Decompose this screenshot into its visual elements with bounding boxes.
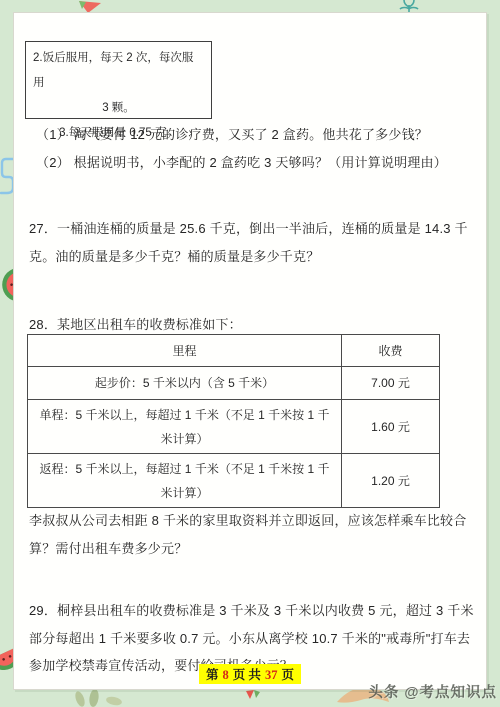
- fare-table-header-fee: 收费: [342, 335, 440, 367]
- table-row: 返程：5 千米以上，每超过 1 千米（不足 1 千米按 1 千米计算） 1.20…: [28, 454, 440, 508]
- taxi-fare-table: 里程 收费 起步价：5 千米以内（含 5 千米） 7.00 元 单程：5 千米以…: [27, 334, 440, 508]
- page-number-badge: 第8页 共37页: [199, 664, 301, 684]
- medicine-line-1: 2.饭后服用，每天 2 次，每次服用: [33, 46, 204, 96]
- footer-suffix: 页: [281, 668, 294, 682]
- table-row: 起步价：5 千米以内（含 5 千米） 7.00 元: [28, 367, 440, 400]
- footer-page-number: 8: [223, 668, 229, 682]
- medicine-instructions-box: 2.饭后服用，每天 2 次，每次服用 3 颗。 3.每天服用量 0.75 克。: [25, 41, 212, 119]
- medicine-line-2: 3 颗。: [33, 96, 204, 121]
- fare-row2-mileage: 单程：5 千米以上，每超过 1 千米（不足 1 千米按 1 千米计算）: [28, 400, 342, 454]
- footer-prefix: 第: [206, 668, 219, 682]
- fare-row1-fee: 7.00 元: [342, 367, 440, 400]
- subquestions-block: （1） 淘气要付 12 元的诊疗费，又买了 2 盒药。他共花了多少钱？ （2） …: [36, 121, 476, 177]
- toutiao-watermark: 头条 @考点知识点: [368, 681, 497, 702]
- subquestion-1: （1） 淘气要付 12 元的诊疗费，又买了 2 盒药。他共花了多少钱？: [36, 121, 476, 149]
- leaves-bottom-icon: [70, 689, 126, 707]
- footer-total-number: 37: [265, 668, 278, 682]
- fare-row3-mileage: 返程：5 千米以上，每超过 1 千米（不足 1 千米按 1 千米计算）: [28, 454, 342, 508]
- fare-row2-fee: 1.60 元: [342, 400, 440, 454]
- worksheet-page: 2.饭后服用，每天 2 次，每次服用 3 颗。 3.每天服用量 0.75 克。 …: [13, 12, 487, 690]
- footer-middle: 页 共: [233, 668, 261, 682]
- watermelon-tiny-icon: [245, 690, 261, 701]
- fare-row1-mileage: 起步价：5 千米以内（含 5 千米）: [28, 367, 342, 400]
- worksheet-screen: 2.饭后服用，每天 2 次，每次服用 3 颗。 3.每天服用量 0.75 克。 …: [0, 0, 500, 707]
- question-27: 27．一桶油连桶的质量是 25.6 千克，倒出一半油后，连桶的质量是 14.3 …: [29, 215, 479, 271]
- fare-row3-fee: 1.20 元: [342, 454, 440, 508]
- table-row: 单程：5 千米以上，每超过 1 千米（不足 1 千米按 1 千米计算） 1.60…: [28, 400, 440, 454]
- subquestion-2: （2） 根据说明书，小李配的 2 盒药吃 3 天够吗？（用计算说明理由）: [36, 149, 476, 177]
- question-28-text: 李叔叔从公司去相距 8 千米的家里取资料并立即返回，应该怎样乘车比较合算？需付出…: [29, 507, 479, 563]
- fare-table-header-mileage: 里程: [28, 335, 342, 367]
